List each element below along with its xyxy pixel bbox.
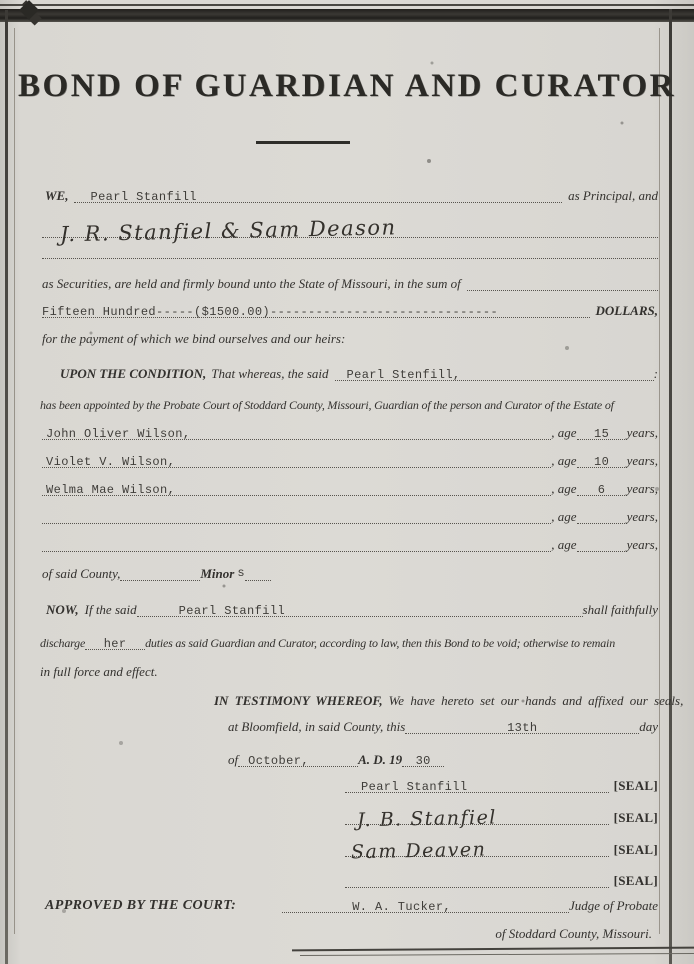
testimony-row: IN TESTIMONY WHEREOF, We have hereto set…	[214, 693, 658, 708]
upon-condition-label: UPON THE CONDITION,	[42, 367, 211, 381]
ward-row: Violet V. Wilson, , age 10 years,	[42, 452, 658, 468]
judge-title-label: Judge of Probate	[569, 899, 658, 913]
border-left	[5, 10, 8, 964]
border-bottom-thin	[300, 953, 694, 956]
ward-name-value: Violet V. Wilson,	[42, 456, 175, 468]
border-top-thin	[0, 4, 694, 6]
appointed-clause-row: has been appointed by the Probate Court …	[40, 397, 658, 412]
condition-name-value: Pearl Stenfill,	[335, 369, 461, 381]
border-left-inner	[14, 28, 15, 934]
county-minor-row: of said County, Minor s	[42, 566, 271, 581]
place-clause-text: at Bloomfield, in said County, this	[228, 720, 405, 734]
county-footer-text: of Stoddard County, Missouri.	[495, 927, 652, 941]
testimony-rest-text: We have hereto set our hands and affixed…	[389, 694, 684, 708]
age-label: , age	[551, 454, 576, 468]
signature-row: [SEAL]	[345, 872, 658, 888]
amount-line: Fifteen Hundred-----($1500.00)----------…	[42, 305, 590, 318]
now-row: NOW, If the said Pearl Stanfill shall fa…	[46, 601, 658, 617]
day-label: day	[639, 720, 658, 734]
force-clause-row: in full force and effect.	[40, 664, 658, 679]
signature-line: Sam Deaven	[345, 844, 609, 857]
minor-label: Minor	[200, 567, 234, 581]
of-label: of	[228, 753, 238, 767]
ward-age-line: 15	[577, 427, 627, 440]
minor-gap-line	[245, 570, 271, 581]
securities-signature-row: J. R. Stanfiel & Sam Deason	[42, 219, 658, 238]
duties-clause-text: duties as said Guardian and Curator, acc…	[145, 637, 615, 650]
month-value: October,	[238, 755, 309, 767]
document-title: BOND OF GUARDIAN AND CURATOR	[0, 68, 694, 105]
seal-label: [SEAL]	[609, 874, 658, 888]
county-footer-row: of Stoddard County, Missouri.	[495, 926, 652, 941]
place-date-row: at Bloomfield, in said County, this 13th…	[228, 719, 658, 734]
ward-row: , age years,	[42, 508, 658, 524]
ward-age-value: 15	[594, 428, 609, 440]
year-value: 30	[416, 755, 431, 767]
month-year-row: of October, A. D. 19 30	[228, 751, 444, 767]
age-label: , age	[551, 510, 576, 524]
document-page: BOND OF GUARDIAN AND CURATOR WE, Pearl S…	[0, 0, 694, 964]
years-label: years,	[627, 454, 658, 468]
faithfully-label: shall faithfully	[583, 603, 658, 617]
seal-label: [SEAL]	[609, 811, 658, 825]
minor-suffix-value: s	[234, 567, 245, 579]
border-top-band	[0, 9, 694, 22]
ward-age-value: 6	[598, 484, 606, 496]
we-label: WE,	[45, 189, 74, 203]
ward-row: John Oliver Wilson, , age 15 years,	[42, 424, 658, 440]
ward-age-line: 6	[577, 483, 627, 496]
ward-age-line	[577, 541, 627, 552]
principal-name-line: Pearl Stanfill	[74, 190, 562, 203]
signature-line: Pearl Stanfill	[345, 780, 609, 793]
judge-name-value: W. A. Tucker,	[282, 901, 451, 913]
ward-name-line: Welma Mae Wilson,	[42, 483, 551, 496]
amount-row: Fifteen Hundred-----($1500.00)----------…	[42, 302, 658, 318]
border-right	[669, 9, 672, 964]
judge-signature-line: W. A. Tucker,	[282, 900, 569, 913]
securities-clause-row: as Securities, are held and firmly bound…	[42, 276, 658, 291]
approval-row: APPROVED BY THE COURT: W. A. Tucker, Jud…	[45, 897, 658, 913]
dollars-label: DOLLARS,	[590, 304, 658, 318]
ward-name-line	[42, 513, 551, 524]
ward-name-value: John Oliver Wilson,	[42, 428, 190, 440]
border-bottom	[292, 947, 694, 952]
condition-row: UPON THE CONDITION, That whereas, the sa…	[42, 365, 658, 381]
as-principal-label: as Principal, and	[562, 189, 658, 203]
sum-blank-line	[467, 280, 658, 291]
securities-clause-text: as Securities, are held and firmly bound…	[42, 277, 467, 291]
years-label: years,	[627, 510, 658, 524]
year-line: 30	[402, 754, 444, 767]
payment-clause-row: for the payment of which we bind ourselv…	[42, 331, 658, 346]
discharge-label: discharge	[40, 637, 85, 650]
years-label: years,	[627, 426, 658, 440]
ward-age-value: 10	[594, 456, 609, 468]
signature-row: Pearl Stanfill [SEAL]	[345, 777, 658, 793]
ward-row: , age years,	[42, 536, 658, 552]
scan-speckles	[0, 0, 2, 2]
years-label: years,	[627, 482, 658, 496]
payment-clause-text: for the payment of which we bind ourselv…	[42, 332, 345, 346]
approved-label: APPROVED BY THE COURT:	[45, 898, 236, 913]
day-value: 13th	[507, 722, 537, 734]
ward-age-line	[577, 513, 627, 524]
ward-name-line: Violet V. Wilson,	[42, 455, 551, 468]
signature-line: J. B. Stanfiel	[345, 812, 609, 825]
now-label: NOW,	[46, 603, 85, 617]
age-label: , age	[551, 482, 576, 496]
signature-row: J. B. Stanfiel [SEAL]	[345, 808, 658, 825]
seal-label: [SEAL]	[609, 779, 658, 793]
testimony-whereof-label: IN TESTIMONY WHEREOF,	[214, 694, 389, 708]
ad-label: A. D. 19	[358, 753, 402, 767]
signature-row: Sam Deaven [SEAL]	[345, 840, 658, 857]
seal-label: [SEAL]	[609, 843, 658, 857]
county-gap-line	[120, 570, 200, 581]
pronoun-line: her	[85, 637, 145, 650]
age-label: , age	[551, 538, 576, 552]
signature-value: Sam Deaven	[345, 842, 487, 860]
if-said-text: If the said	[85, 603, 137, 617]
now-name-line: Pearl Stanfill	[137, 604, 583, 617]
appointed-clause-text: has been appointed by the Probate Court …	[40, 399, 614, 412]
age-label: , age	[551, 426, 576, 440]
ward-name-line	[42, 541, 551, 552]
ward-age-line: 10	[577, 455, 627, 468]
discharge-row: discharge her duties as said Guardian an…	[40, 635, 658, 650]
force-clause-text: in full force and effect.	[40, 665, 158, 679]
pronoun-value: her	[104, 638, 127, 650]
signature-value: Pearl Stanfill	[345, 781, 467, 793]
principal-name-value: Pearl Stanfill	[74, 191, 196, 203]
principal-row: WE, Pearl Stanfill as Principal, and	[45, 186, 658, 203]
title-rule	[256, 141, 350, 144]
condition-end-mark: :	[654, 367, 658, 381]
blank-line-row	[42, 246, 658, 259]
years-label: years,	[627, 538, 658, 552]
securities-signature-value: J. R. Stanfiel & Sam Deason	[42, 219, 397, 243]
border-right-inner	[659, 28, 660, 934]
county-label: of said County,	[42, 567, 120, 581]
day-line: 13th	[405, 721, 639, 734]
securities-signature-line: J. R. Stanfiel & Sam Deason	[42, 223, 658, 238]
amount-value: Fifteen Hundred-----($1500.00)----------…	[42, 306, 498, 318]
ward-row: Welma Mae Wilson, , age 6 years,	[42, 480, 658, 496]
signature-value: J. B. Stanfiel	[345, 810, 497, 828]
month-line: October,	[238, 754, 358, 767]
ward-name-value: Welma Mae Wilson,	[42, 484, 175, 496]
whereas-text: That whereas, the said	[211, 367, 334, 381]
condition-name-line: Pearl Stenfill,	[335, 368, 654, 381]
ward-name-line: John Oliver Wilson,	[42, 427, 551, 440]
blank-line	[42, 248, 658, 259]
now-name-value: Pearl Stanfill	[137, 605, 285, 617]
signature-line	[345, 877, 609, 888]
